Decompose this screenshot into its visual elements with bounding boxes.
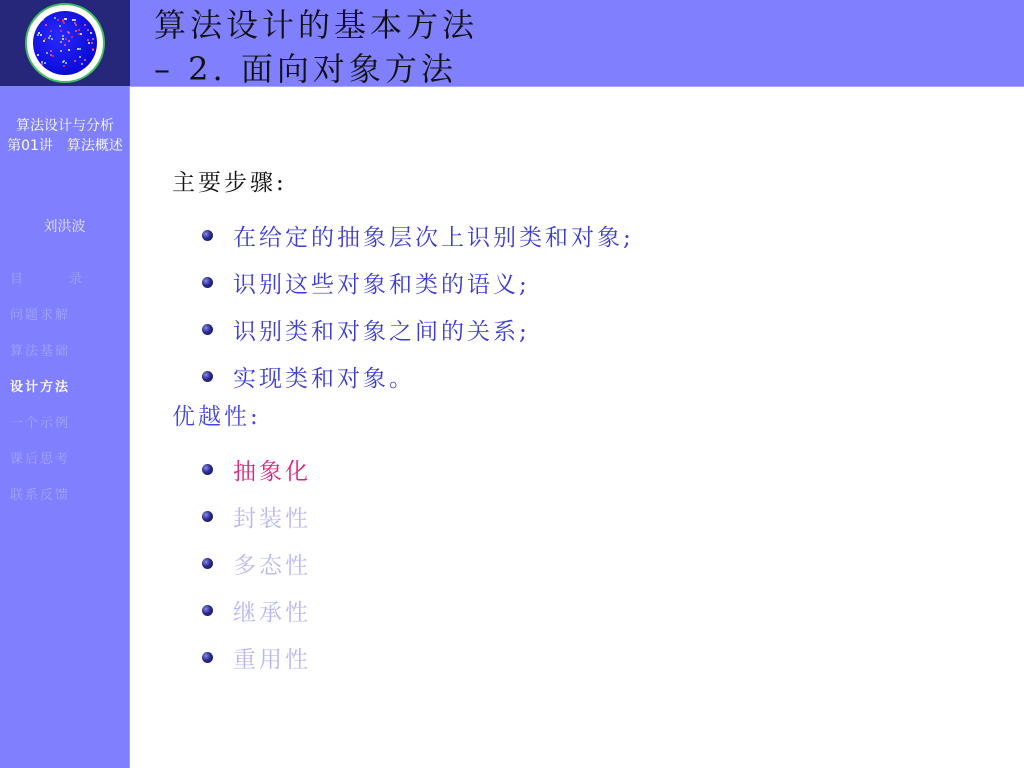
advantages-heading: 优越性: [172, 400, 634, 446]
lecture-title: 第01讲 算法概述 [6, 136, 124, 156]
slide-title: 算法设计的基本方法 [154, 0, 478, 46]
bullet-icon [202, 230, 213, 241]
nav-item-problem-solving[interactable]: 问题求解 [10, 306, 84, 342]
step-text: 在给定的抽象层次上识别类和对象; [233, 219, 634, 252]
advantage-item-highlighted: 抽象化 [172, 446, 634, 493]
step-item: 实现类和对象。 [172, 353, 634, 400]
advantage-text: 抽象化 [233, 453, 311, 486]
slide-subtitle: – 2. 面向对象方法 [154, 44, 457, 90]
bullet-icon [202, 652, 213, 663]
bullet-icon [202, 605, 213, 616]
course-info: 算法设计与分析 第01讲 算法概述 [6, 116, 124, 156]
advantage-item: 继承性 [172, 587, 634, 634]
bullet-icon [202, 464, 213, 475]
step-text: 识别这些对象和类的语义; [233, 266, 530, 299]
advantage-text: 重用性 [233, 641, 311, 674]
step-text: 识别类和对象之间的关系; [233, 313, 530, 346]
slide-content: 主要步骤: 在给定的抽象层次上识别类和对象; 识别这些对象和类的语义; 识别类和… [172, 166, 634, 681]
nav-item-algorithm-basics[interactable]: 算法基础 [10, 342, 84, 378]
slide-header: 算法设计的基本方法 – 2. 面向对象方法 [130, 0, 1024, 87]
advantage-text: 继承性 [233, 594, 311, 627]
advantage-text: 封装性 [233, 500, 311, 533]
logo-block [0, 0, 130, 86]
bullet-icon [202, 511, 213, 522]
bullet-icon [202, 558, 213, 569]
sidebar: 算法设计与分析 第01讲 算法概述 刘洪波 目 录 问题求解 算法基础 设计方法… [0, 86, 130, 768]
nav-item-example[interactable]: 一个示例 [10, 414, 84, 450]
advantage-item: 重用性 [172, 634, 634, 681]
nav-item-contents[interactable]: 目 录 [10, 270, 84, 306]
advantage-item: 多态性 [172, 540, 634, 587]
bullet-icon [202, 324, 213, 335]
step-item: 识别这些对象和类的语义; [172, 259, 634, 306]
advantage-item: 封装性 [172, 493, 634, 540]
steps-heading: 主要步骤: [172, 166, 634, 212]
course-title: 算法设计与分析 [6, 116, 124, 136]
bullet-icon [202, 277, 213, 288]
author-name: 刘洪波 [0, 216, 129, 236]
bullet-icon [202, 371, 213, 382]
step-item: 识别类和对象之间的关系; [172, 306, 634, 353]
university-seal-icon [25, 3, 105, 83]
nav-item-design-methods[interactable]: 设计方法 [10, 378, 84, 414]
seal-center [33, 11, 97, 75]
nav-item-homework[interactable]: 课后思考 [10, 450, 84, 486]
advantage-text: 多态性 [233, 547, 311, 580]
step-text: 实现类和对象。 [233, 360, 415, 393]
sidebar-nav: 目 录 问题求解 算法基础 设计方法 一个示例 课后思考 联系反馈 [10, 270, 84, 522]
step-item: 在给定的抽象层次上识别类和对象; [172, 212, 634, 259]
nav-item-feedback[interactable]: 联系反馈 [10, 486, 84, 522]
